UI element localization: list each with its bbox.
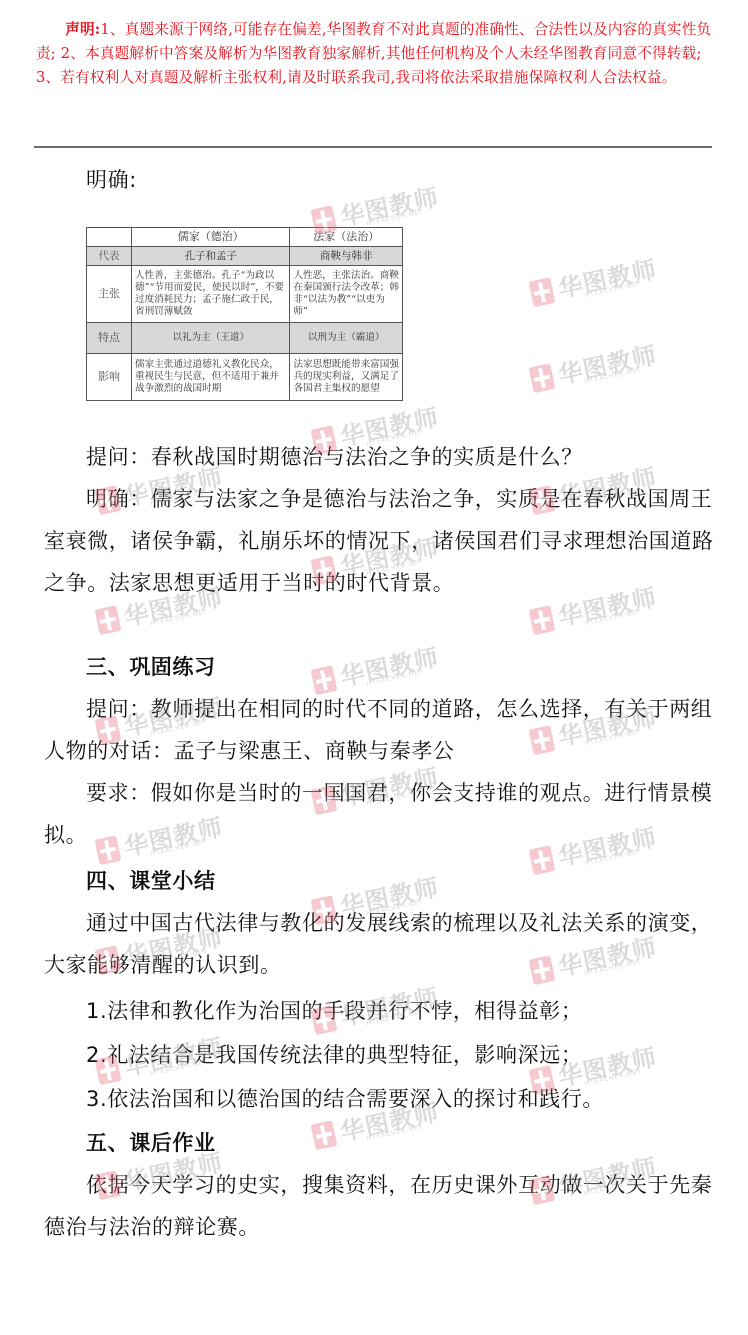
confucian-legalist-table: 儒家（德治） 法家（法治） 代表 孔子和孟子 商鞅与韩非 主张 人性善，主张德治… — [86, 227, 403, 401]
requirement: 要求：假如你是当时的一国国君，你会支持谁的观点。进行情景模拟。 — [44, 772, 714, 856]
table-row: 影响 儒家主张通过道德礼义教化民众，重视民生与民意，但不适用于兼并战争激烈的战国… — [87, 354, 403, 401]
table-row: 主张 人性善，主张德治。孔子“为政以德”“节用而爱民，使民以时”，不要过度消耗民… — [87, 266, 403, 323]
intro-label: 明确: — [44, 159, 714, 201]
row-label: 特点 — [87, 323, 132, 354]
header-divider — [34, 146, 712, 148]
section-heading-homework: 五、课后作业 — [44, 1122, 714, 1164]
table-row: 代表 孔子和孟子 商鞅与韩非 — [87, 247, 403, 266]
section-heading-practice: 三、巩固练习 — [44, 646, 714, 688]
legalist-cell: 以刑为主（霸道） — [290, 323, 403, 354]
answer-1: 明确：儒家与法家之争是德治与法治之争，实质是在春秋战国周王室衰微，诸侯争霸，礼崩… — [44, 478, 714, 604]
row-label: 影响 — [87, 354, 132, 401]
watermark: 华图教师HTEACHER.NET — [527, 249, 662, 315]
confucian-cell: 孔子和孟子 — [132, 247, 290, 266]
legalist-cell: 人性恶，主张法治。商鞅在秦国颁行法令改革；韩非“以法为教”“以吏为师” — [290, 266, 403, 323]
table-row: 特点 以礼为主（王道） 以刑为主（霸道） — [87, 323, 403, 354]
disclaimer-label: 声明: — [65, 21, 100, 38]
summary-point-2: 2.礼法结合是我国传统法律的典型特征，影响深远； — [44, 1034, 714, 1076]
question-1: 提问：春秋战国时期德治与法治之争的实质是什么？ — [44, 436, 714, 478]
summary-text: 通过中国古代法律与教化的发展线索的梳理以及礼法关系的演变，大家能够清醒的认识到。 — [44, 902, 714, 986]
watermark-logo-icon — [529, 277, 556, 307]
disclaimer-text: 1、真题来源于网络,可能存在偏差,华图教育不对此真题的准确性、合法性以及内容的真… — [36, 21, 711, 86]
confucian-cell: 人性善，主张德治。孔子“为政以德”“节用而爱民，使民以时”，不要过度消耗民力；孟… — [132, 266, 290, 323]
summary-point-1: 1.法律和教化作为治国的手段并行不悖，相得益彰； — [44, 990, 714, 1032]
watermark: 华图教师HTEACHER.NET — [527, 335, 662, 401]
legalist-cell: 商鞅与韩非 — [290, 247, 403, 266]
summary-point-3: 3.依法治国和以德治国的结合需要深入的探讨和践行。 — [44, 1078, 714, 1120]
table-header-cell: 法家（法治） — [290, 228, 403, 247]
section-heading-summary: 四、课堂小结 — [44, 860, 714, 902]
table-header-row: 儒家（德治） 法家（法治） — [87, 228, 403, 247]
table-header-cell — [87, 228, 132, 247]
row-label: 代表 — [87, 247, 132, 266]
row-label: 主张 — [87, 266, 132, 323]
table-header-cell: 儒家（德治） — [132, 228, 290, 247]
confucian-cell: 以礼为主（王道） — [132, 323, 290, 354]
disclaimer: 声明:1、真题来源于网络,可能存在偏差,华图教育不对此真题的准确性、合法性以及内… — [36, 18, 712, 90]
question-2: 提问：教师提出在相同的时代不同的道路，怎么选择，有关于两组人物的对话：孟子与梁惠… — [44, 688, 714, 772]
homework-text: 依据今天学习的史实，搜集资料，在历史课外互动做一次关于先秦德治与法治的辩论赛。 — [44, 1164, 714, 1248]
watermark-logo-icon — [95, 605, 122, 635]
legalist-cell: 法家思想既能带来富国强兵的现实利益，又满足了各国君主集权的愿望 — [290, 354, 403, 401]
watermark-logo-icon — [529, 605, 556, 635]
watermark-logo-icon — [529, 363, 556, 393]
confucian-cell: 儒家主张通过道德礼义教化民众，重视民生与民意，但不适用于兼并战争激烈的战国时期 — [132, 354, 290, 401]
